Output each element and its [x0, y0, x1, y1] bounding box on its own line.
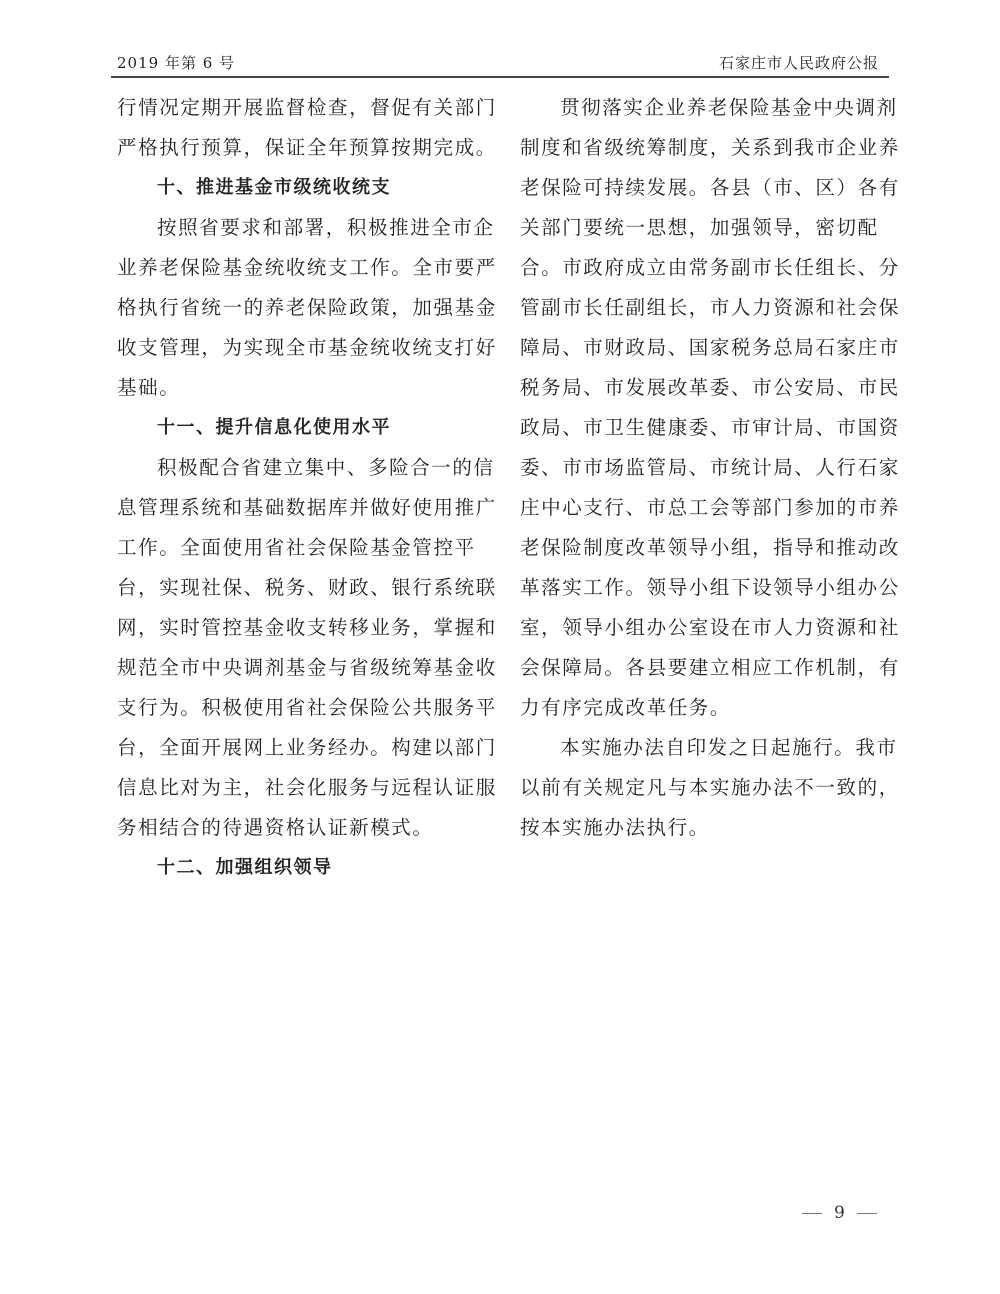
- text-line: 按照省要求和部署，积极推进全市企: [117, 208, 498, 248]
- text-line: 政局、市卫生健康委、市审计局、市国资: [520, 408, 901, 448]
- section-heading: 十一、提升信息化使用水平: [117, 408, 498, 448]
- text-line: 台，全面开展网上业务经办。构建以部门: [117, 728, 498, 768]
- page-footer: 9: [790, 1203, 889, 1223]
- text-line: 格执行省统一的养老保险政策，加强基金: [117, 288, 498, 328]
- text-line: 网，实时管控基金收支转移业务，掌握和: [117, 608, 498, 648]
- text-line: 老保险可持续发展。各县（市、区）各有: [520, 168, 901, 208]
- text-line: 按本实施办法执行。: [520, 808, 901, 848]
- dash-left: [802, 1213, 822, 1214]
- text-line: 工作。全面使用省社会保险基金管控平: [117, 528, 498, 568]
- text-line: 障局、市财政局、国家税务总局石家庄市: [520, 328, 901, 368]
- text-line: 合。市政府成立由常务副市长任组长、分: [520, 248, 901, 288]
- text-line: 力有序完成改革任务。: [520, 688, 901, 728]
- text-line: 息管理系统和基础数据库并做好使用推广: [117, 488, 498, 528]
- text-line: 基础。: [117, 368, 498, 408]
- header-rule: [111, 76, 889, 78]
- text-line: 规范全市中央调剂基金与省级统筹基金收: [117, 648, 498, 688]
- text-line: 务相结合的待遇资格认证新模式。: [117, 808, 498, 848]
- text-line: 信息比对为主，社会化服务与远程认证服: [117, 768, 498, 808]
- text-line: 老保险制度改革领导小组，指导和推动改: [520, 528, 901, 568]
- text-line: 本实施办法自印发之日起施行。我市: [520, 728, 901, 768]
- text-line: 会保障局。各县要建立相应工作机制，有: [520, 648, 901, 688]
- text-line: 制度和省级统筹制度，关系到我市企业养: [520, 128, 901, 168]
- text-line: 委、市市场监管局、市统计局、人行石家: [520, 448, 901, 488]
- text-line: 行情况定期开展监督检查，督促有关部门: [117, 88, 498, 128]
- text-line: 以前有关规定凡与本实施办法不一致的，: [520, 768, 901, 808]
- dash-right: [857, 1213, 877, 1214]
- text-line: 收支管理，为实现全市基金统收统支打好: [117, 328, 498, 368]
- left-column: 行情况定期开展监督检查，督促有关部门严格执行预算，保证全年预算按期完成。十、推进…: [117, 88, 498, 888]
- page-header: 2019 年第 6 号 石家庄市人民政府公报: [111, 48, 889, 76]
- text-line: 贯彻落实企业养老保险基金中央调剂: [520, 88, 901, 128]
- section-heading: 十、推进基金市级统收统支: [117, 168, 498, 208]
- text-line: 业养老保险基金统收统支工作。全市要严: [117, 248, 498, 288]
- text-line: 积极配合省建立集中、多险合一的信: [117, 448, 498, 488]
- text-line: 管副市长任副组长，市人力资源和社会保: [520, 288, 901, 328]
- page-number: 9: [834, 1203, 845, 1223]
- text-line: 台，实现社保、税务、财政、银行系统联: [117, 568, 498, 608]
- text-line: 税务局、市发展改革委、市公安局、市民: [520, 368, 901, 408]
- text-line: 革落实工作。领导小组下设领导小组办公: [520, 568, 901, 608]
- section-heading: 十二、加强组织领导: [117, 848, 498, 888]
- right-column: 贯彻落实企业养老保险基金中央调剂制度和省级统筹制度，关系到我市企业养老保险可持续…: [520, 88, 901, 848]
- text-line: 室，领导小组办公室设在市人力资源和社: [520, 608, 901, 648]
- publication-title: 石家庄市人民政府公报: [719, 52, 879, 73]
- issue-label: 2019 年第 6 号: [117, 52, 235, 73]
- text-line: 关部门要统一思想，加强领导，密切配: [520, 208, 901, 248]
- text-line: 支行为。积极使用省社会保险公共服务平: [117, 688, 498, 728]
- text-line: 庄中心支行、市总工会等部门参加的市养: [520, 488, 901, 528]
- text-line: 严格执行预算，保证全年预算按期完成。: [117, 128, 498, 168]
